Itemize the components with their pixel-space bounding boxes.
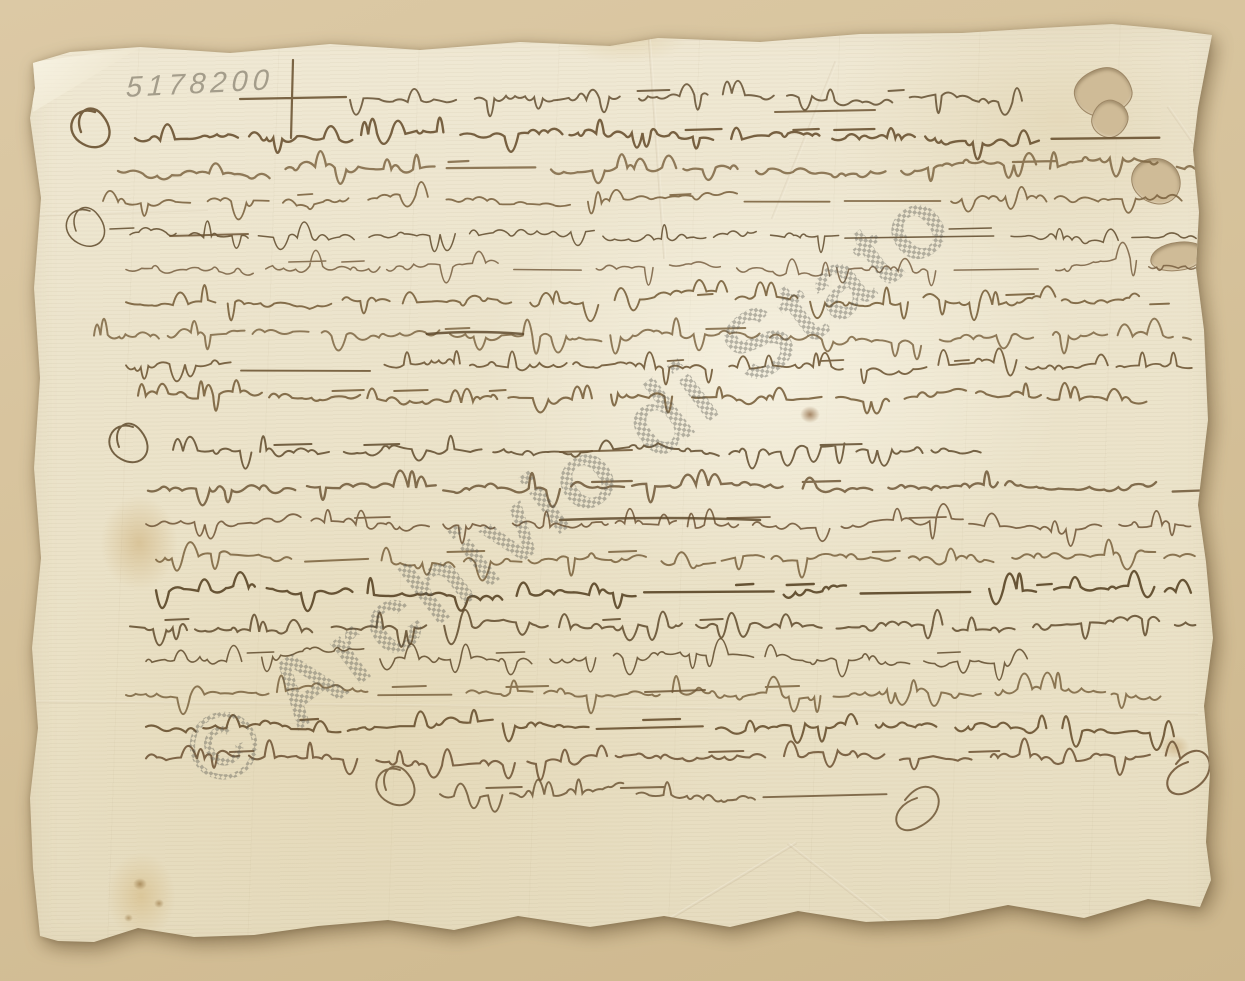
ink-stroke <box>156 540 1195 581</box>
ink-stroke <box>350 81 1022 116</box>
ink-stroke <box>376 767 938 831</box>
ink-stroke <box>118 151 1195 184</box>
ink-stroke <box>156 571 1191 611</box>
ink-stroke <box>146 504 1190 546</box>
ink-stroke <box>66 208 1196 253</box>
ink-stroke <box>645 690 705 692</box>
ink-stroke <box>103 182 1182 219</box>
stain-mark <box>436 18 472 38</box>
ink-stroke <box>427 332 523 334</box>
manuscript-page: 5178200 © Archivio di Stato <box>0 0 1245 981</box>
ink-stroke <box>126 280 1169 321</box>
ink-stroke <box>94 318 1191 359</box>
paper-shadow-wrap: 5178200 © Archivio di Stato <box>0 0 1245 981</box>
ink-stroke <box>148 470 1201 507</box>
ink-stroke <box>170 234 248 236</box>
ink-stroke <box>775 110 875 112</box>
ink-stroke <box>71 109 1159 160</box>
scanned-document-background: 5178200 © Archivio di Stato <box>0 0 1245 981</box>
ink-stroke <box>126 242 1195 285</box>
